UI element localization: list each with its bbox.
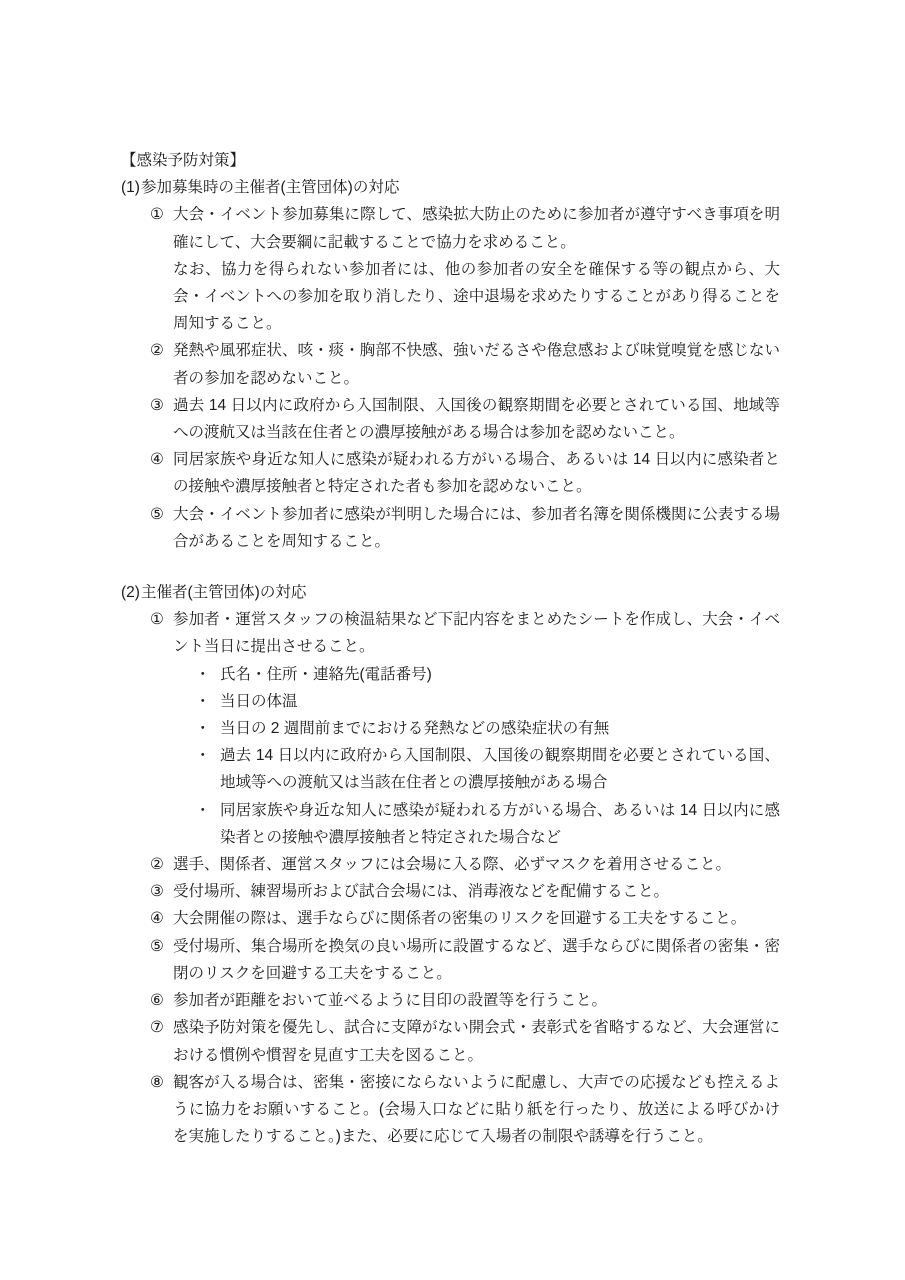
document-content: 【感染予防対策】 (1) 参加募集時の主催者(主管団体)の対応 ① 大会・イベン… <box>121 147 780 1150</box>
item-text: 大会開催の際は、選手ならびに関係者の密集のリスクを回避する工夫をすること。 <box>173 905 780 932</box>
bullet-dot-icon: ・ <box>195 742 220 796</box>
item-text: 発熱や風邪症状、咳・痰・胸部不快感、強いだるさや倦怠感および味覚嗅覚を感じない者… <box>173 337 780 391</box>
bullet-text: 同居家族や身近な知人に感染が疑われる方がいる場合、あるいは 14 日以内に感染者… <box>220 797 780 851</box>
item-number: ④ <box>150 905 173 932</box>
list-item: ④ 大会開催の際は、選手ならびに関係者の密集のリスクを回避する工夫をすること。 <box>150 905 780 932</box>
doc-title: 【感染予防対策】 <box>121 147 780 174</box>
bullet-text: 当日の 2 週間前までにおける発熱などの感染症状の有無 <box>220 715 780 742</box>
bullet-dot-icon: ・ <box>195 797 220 851</box>
sub-bullet-item: ・ 当日の体温 <box>195 688 780 715</box>
bullet-dot-icon: ・ <box>195 661 220 688</box>
bullet-dot-icon: ・ <box>195 688 220 715</box>
item-text: 参加者・運営スタッフの検温結果など下記内容をまとめたシートを作成し、大会・イベン… <box>173 606 780 660</box>
list-item: ⑦ 感染予防対策を優先し、試合に支障がない開会式・表彰式を省略するなど、大会運営… <box>150 1014 780 1068</box>
list-item: ③ 受付場所、練習場所および試合会場には、消毒液などを配備すること。 <box>150 878 780 905</box>
item-number: ③ <box>150 878 173 905</box>
item-number: ⑤ <box>150 933 173 987</box>
item-text: 参加者が距離をおいて並べるように目印の設置等を行うこと。 <box>173 987 780 1014</box>
item-number: ⑤ <box>150 501 173 555</box>
sub-bullet-item: ・ 同居家族や身近な知人に感染が疑われる方がいる場合、あるいは 14 日以内に感… <box>195 797 780 851</box>
section-title: 主催者(主管団体)の対応 <box>141 579 780 606</box>
bullet-dot-icon: ・ <box>195 715 220 742</box>
list-item: ⑧ 観客が入る場合は、密集・密接にならないように配慮し、大声での応援なども控える… <box>150 1069 780 1151</box>
section-heading: (2) 主催者(主管団体)の対応 <box>121 579 780 606</box>
item-body: 大会・イベント参加募集に際して、感染拡大防止のために参加者が遵守すべき事項を明確… <box>173 201 780 337</box>
section-participation-recruitment: (1) 参加募集時の主催者(主管団体)の対応 ① 大会・イベント参加募集に際して… <box>121 174 780 555</box>
item-number: ⑦ <box>150 1014 173 1068</box>
list-item: ⑥ 参加者が距離をおいて並べるように目印の設置等を行うこと。 <box>150 987 780 1014</box>
item-number: ⑥ <box>150 987 173 1014</box>
list-item: ⑤ 大会・イベント参加者に感染が判明した場合には、参加者名簿を関係機関に公表する… <box>150 501 780 555</box>
list-item: ① 参加者・運営スタッフの検温結果など下記内容をまとめたシートを作成し、大会・イ… <box>150 606 780 851</box>
bullet-text: 過去 14 日以内に政府から入国制限、入国後の観察期間を必要とされている国、地域… <box>220 742 780 796</box>
item-text: 観客が入る場合は、密集・密接にならないように配慮し、大声での応援なども控えるよう… <box>173 1069 780 1151</box>
item-text: 大会・イベント参加者に感染が判明した場合には、参加者名簿を関係機関に公表する場合… <box>173 501 780 555</box>
item-text: 感染予防対策を優先し、試合に支障がない開会式・表彰式を省略するなど、大会運営にお… <box>173 1014 780 1068</box>
item-number: ① <box>150 201 173 337</box>
bullet-text: 氏名・住所・連絡先(電話番号) <box>220 661 780 688</box>
item-text: なお、協力を得られない参加者には、他の参加者の安全を確保する等の観点から、大会・… <box>173 256 780 338</box>
list-item: ① 大会・イベント参加募集に際して、感染拡大防止のために参加者が遵守すべき事項を… <box>150 201 780 337</box>
sub-bullet-item: ・ 過去 14 日以内に政府から入国制限、入国後の観察期間を必要とされている国、… <box>195 742 780 796</box>
section-title: 参加募集時の主催者(主管団体)の対応 <box>141 174 780 201</box>
item-number: ④ <box>150 446 173 500</box>
section-heading: (1) 参加募集時の主催者(主管団体)の対応 <box>121 174 780 201</box>
item-text: 選手、関係者、運営スタッフには会場に入る際、必ずマスクを着用させること。 <box>173 851 780 878</box>
list-item: ② 発熱や風邪症状、咳・痰・胸部不快感、強いだるさや倦怠感および味覚嗅覚を感じな… <box>150 337 780 391</box>
list-item: ④ 同居家族や身近な知人に感染が疑われる方がいる場合、あるいは 14 日以内に感… <box>150 446 780 500</box>
item-text: 同居家族や身近な知人に感染が疑われる方がいる場合、あるいは 14 日以内に感染者… <box>173 446 780 500</box>
item-number: ② <box>150 337 173 391</box>
item-body: 参加者・運営スタッフの検温結果など下記内容をまとめたシートを作成し、大会・イベン… <box>173 606 780 851</box>
item-text: 受付場所、練習場所および試合会場には、消毒液などを配備すること。 <box>173 878 780 905</box>
section-organizer-response: (2) 主催者(主管団体)の対応 ① 参加者・運営スタッフの検温結果など下記内容… <box>121 579 780 1150</box>
bullet-text: 当日の体温 <box>220 688 780 715</box>
list-item: ② 選手、関係者、運営スタッフには会場に入る際、必ずマスクを着用させること。 <box>150 851 780 878</box>
list-item: ⑤ 受付場所、集合場所を換気の良い場所に設置するなど、選手ならびに関係者の密集・… <box>150 933 780 987</box>
sub-bullet-item: ・ 氏名・住所・連絡先(電話番号) <box>195 661 780 688</box>
item-number: ⑧ <box>150 1069 173 1151</box>
item-text: 受付場所、集合場所を換気の良い場所に設置するなど、選手ならびに関係者の密集・密閉… <box>173 933 780 987</box>
item-number: ② <box>150 851 173 878</box>
item-text: 過去 14 日以内に政府から入国制限、入国後の観察期間を必要とされている国、地域… <box>173 392 780 446</box>
item-text: 大会・イベント参加募集に際して、感染拡大防止のために参加者が遵守すべき事項を明確… <box>173 201 780 255</box>
section-number: (1) <box>121 174 141 201</box>
document-page: 【感染予防対策】 (1) 参加募集時の主催者(主管団体)の対応 ① 大会・イベン… <box>0 0 905 1280</box>
sub-bullet-item: ・ 当日の 2 週間前までにおける発熱などの感染症状の有無 <box>195 715 780 742</box>
list-item: ③ 過去 14 日以内に政府から入国制限、入国後の観察期間を必要とされている国、… <box>150 392 780 446</box>
section-number: (2) <box>121 579 141 606</box>
item-number: ③ <box>150 392 173 446</box>
item-number: ① <box>150 606 173 851</box>
